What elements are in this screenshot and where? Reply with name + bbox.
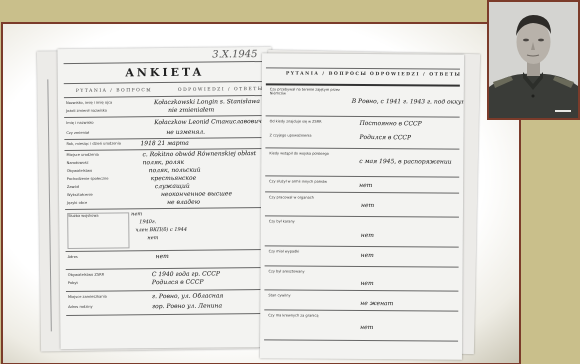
answer: служащий [155,183,190,190]
divider [66,313,268,316]
question: Obywatelstwo ZSRR [68,272,140,277]
divider [264,339,458,341]
question: Miejsce zamieszkania [68,294,140,299]
document-title: ANKIETA [58,65,272,80]
answer: с мая 1945, в распоряжении [359,158,451,166]
divider [265,191,459,193]
right-page-questionnaire: PYTANIA / ВОПРОСЫ ODPOWIEDZI / ОТВЕТЫ Cz… [260,53,464,359]
answer: г. Ровно, ул. Обласная [152,292,223,300]
portrait-image [489,2,578,118]
column-header-answers: ODPOWIEDZI / ОТВЕТЫ [178,87,264,93]
answer: неоконченное высшее [161,190,232,198]
column-header-answers: ODPOWIEDZI / ОТВЕТЫ [370,72,462,78]
left-page-margin [37,79,52,331]
date-stamp: 3.X.1945 [212,49,257,60]
question: Jeżeli zmienił nazwisko [66,108,138,113]
answer: поляк, poляк [143,159,185,166]
answer: поляк, польский [149,167,201,175]
answer: Kołaczkowski Longin s. Stanisława [154,98,260,106]
divider [265,215,459,217]
question: Pobyt [68,280,140,285]
answer: нет [360,324,373,331]
answer: крестьянское [151,175,196,182]
divider [264,309,458,311]
divider [66,267,268,270]
question: Kiedy wstąpił do wojska polskiego [269,151,345,156]
question: Wykształcenie [67,192,139,197]
portrait-photo [487,0,580,120]
answer: 1940г. [139,219,156,226]
answer: nie zmieniałem [168,106,214,113]
divider [64,81,266,84]
divider [264,289,458,291]
answer: нет [131,211,142,218]
divider [266,83,460,86]
answer: Родился в СССР [359,134,411,141]
question: Imię i nazwisko [66,120,138,125]
question: Czy pracował w organach [269,195,345,200]
answer: член ВКП(б) с 1944 [135,227,187,235]
question: Zawód [67,184,139,189]
question: Czy służył w armii innych państw [269,179,345,184]
question: Rok, miesiąc i dzień urodzenia [66,141,138,146]
divider [64,61,266,64]
question: Czy był aresztowany [269,269,345,274]
question: Od kiedy znajduje się w ZSRR [270,119,346,124]
answer: с. Rokitno obwód Równenskiej obłast [143,150,257,158]
divider [65,207,267,210]
answer: не владею [167,199,200,206]
question: Czy ma krewnych za granicą [268,313,344,318]
answer: нет [360,280,373,287]
question: Czy zmieniał [66,130,138,135]
divider [66,249,268,252]
question: Z czyjego upoważnienia [269,133,345,138]
answer: нет [361,232,374,239]
answer: нет [361,252,374,259]
column-header-questions: PYTANIA / ВОПРОСЫ [76,88,152,94]
answer: Kołaczkow Leonid Станиславович [154,118,262,126]
answer: не женат [360,300,393,307]
answer: Постоянно в СССР [360,120,422,127]
question: Czy przebywał na terenie zajętym przez N… [270,87,346,96]
question: Pochodzenie społeczne [67,176,139,181]
divider [265,245,459,247]
answer: нет [147,235,158,242]
left-page-ankieta: 3.X.1945 ANKIETA PYTANIA / ВОПРОСЫ ODPOW… [57,47,274,349]
divider [66,289,268,292]
question: Adres [68,254,140,259]
answer: В Ровно, с 1941 г. 1943 г. под оккупацие… [352,98,464,106]
question: Adres rodziny [68,304,140,309]
question: Czy miał wypadki [269,249,345,254]
divider [265,265,459,267]
answer: 1918 21 марта [140,140,188,148]
question: Czy był karany [269,219,345,224]
document-frame: 3.X.1945 ANKIETA PYTANIA / ВОПРОСЫ ODPOW… [1,22,521,364]
answer: нет [361,202,374,209]
service-history-table: Służba wojskowa [67,212,129,249]
divider [265,147,459,149]
answer: нет [156,253,169,260]
answer: не изменял. [166,129,205,136]
column-header-questions: PYTANIA / ВОПРОСЫ [286,71,367,77]
divider [265,175,459,177]
question: Stan cywilny [268,293,344,298]
divider [266,67,460,69]
question: Języki obce [67,200,139,205]
question: Narodowość [67,160,139,165]
answer: С 1940 года гр. СССР [152,270,220,278]
question: Miejsce urodzenia [67,152,139,157]
answer: гор. Ровно ул. Ленина [152,302,222,310]
answer: нет [359,182,372,189]
divider [266,115,460,117]
question: Nazwisko, imię i imię ojca [66,100,138,105]
answer: Родился в СССР [152,279,204,287]
question: Obywatelstwo [67,168,139,173]
